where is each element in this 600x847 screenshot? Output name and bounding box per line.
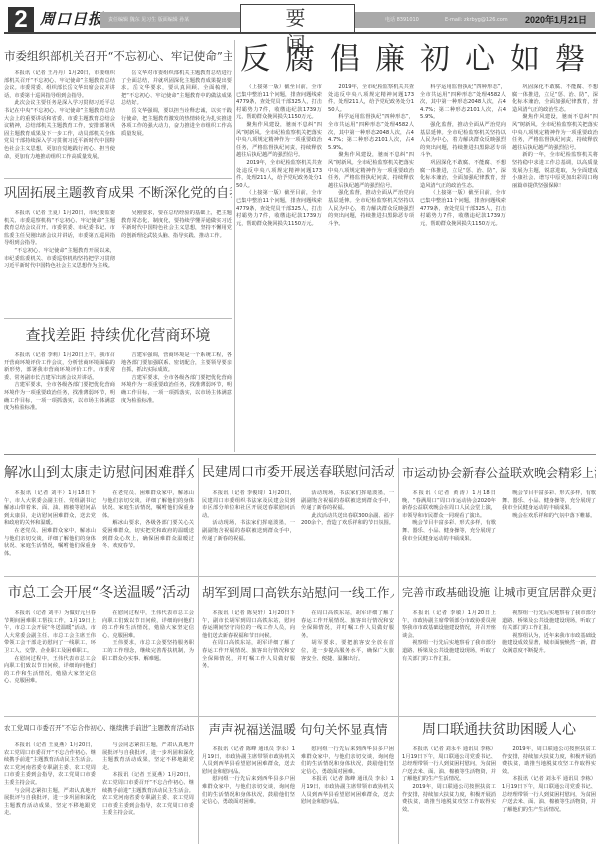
- email: E-mail: zkrbyg@126.com: [445, 12, 508, 28]
- article-unicom-poverty-relief: 周口联通扶贫助困暖人心 本报讯（记者 刘永平 通讯员 李栋）1月19日下午，周口…: [402, 720, 596, 844]
- paragraph: 本报讯（记者 王丹丹）1月20日，市委组织部机关召开“不忘初心、牢记使命”主题教…: [4, 70, 115, 100]
- paragraph: 视察组一行先后实地察看了我市部分道路、桥梁及公共设施建设现场，听取了有关部门的工…: [402, 640, 496, 663]
- paragraph: 巩固深化不敢腐、不能腐、不想腐一体推进，立足“惩、治、防”，深化标本兼治，全面加…: [420, 160, 506, 190]
- paragraph: 聚焦作风建设，驰而不息纠“四风”树新风。全市纪检监察机关把落实中央八项规定精神作…: [512, 114, 598, 152]
- paragraph: 强化监督，推动全面从严治党向基层延伸。全市纪检监察机关坚持以人民为中心，着力解决…: [328, 190, 414, 228]
- paragraph: 本报讯（记者 刘永平 通讯员 李栋）1月19日下午，周口联通公司党委书记、总经理…: [402, 746, 496, 784]
- column: 视察组一行先后实地察看了我市部分道路、桥梁及公共设施建设现场，听取了有关部门的工…: [502, 610, 596, 714]
- paragraph: 本报讯（记者 陈昊轩）1月20日下午，副市长胡军到周口高铁东站，慰问春运期间坚守…: [202, 610, 295, 640]
- feature-col-4: 巩固深化不敢腐、不能腐、不想腐一体推进，立足“惩、治、防”，深化标本兼治，全面加…: [512, 84, 598, 449]
- paragraph: 2019年，周口联通公司按照扶贫工作安排，持续加大扶贫力度，积极开展消费扶贫，助…: [402, 784, 496, 814]
- paragraph: 与会同志紧扣主题，严肃认真地开展批评与自我批评，进一步巩固和深化主题教育活动成果…: [4, 788, 96, 818]
- column: 本报讯（记者 李敏）1月20日上午，市政协副主席带领部分市政协委员视察我市市政基…: [402, 610, 496, 714]
- paragraph: 慰问组一行先后来到西华县多户困难群众家中，与他们亲切交谈，询问他们的生活情况和身…: [202, 776, 295, 806]
- headline: 民建周口市委开展送春联慰问活动: [202, 462, 394, 484]
- column: 活动现场，书法家们挥毫泼墨，一副副饱含祝福的春联被送到群众手中，传递了新春的祝福…: [301, 490, 394, 572]
- column-divider: [234, 40, 235, 452]
- article-self-revolution: 巩固拓展主题教育成果 不断深化党的自我革命 本报讯（记者 王夏）1月20日，市纪…: [4, 184, 232, 314]
- paragraph: 本报讯（记者 王夏燕）1月20日，农工党周口市委召开“不忘合作初心、继续携手前进…: [4, 742, 96, 788]
- paragraph: 此次会议主要任务是深入学习贯彻习近平总书记在中央“不忘初心、牢记使命”主题教育总…: [4, 100, 115, 161]
- column: 吴刚要求，要在总结经验的基础上，把主题教育常态化、制度化，要持续学懂弄通做实习近…: [121, 210, 232, 310]
- article-business-environment: 查找差距 持续优化营商环境 本报讯（记者 李莉）1月20日上午，我市召开营商环境…: [4, 324, 232, 450]
- paragraph: 本报讯（记者 陈峰 通讯员 李永）1月19日，市政协副主席带领市政协机关人员到西…: [202, 746, 295, 776]
- paragraph: 巩固深化不敢腐、不能腐、不想腐一体推进，立足“惩、治、防”，深化标本兼治，全面加…: [512, 84, 598, 114]
- paragraph: 活动现场，书法家们挥毫泼墨，一副副饱含祝福的春联被送到群众手中，传递了新春的祝福…: [301, 490, 394, 513]
- editor-credits: 责任编辑 魏东 见习生 版面编辑 孙某: [100, 12, 240, 28]
- column: 2019年，周口联通公司按照扶贫工作安排，持续加大扶贫力度，积极开展消费扶贫，助…: [502, 746, 596, 844]
- headline: 完善市政基础设施 让城市更宜居群众更满意: [402, 582, 596, 604]
- column: 慰问组一行先后来到西华县多户困难群众家中，与他们亲切交谈，询问他们的生活情况和身…: [301, 746, 394, 844]
- feature-headline: 反腐倡廉初心如磐: [240, 40, 600, 80]
- headline: 查找差距 持续优化营商环境: [4, 324, 232, 346]
- article-xie-bingshan: 解冰山到太康走访慰问困难群众 本报讯（记者 刘丰）1月18日下午，市人大常委会副…: [4, 462, 194, 572]
- paragraph: 晚会节目丰富多彩、形式多样，有歌舞、器乐、小品、健身操等，充分展现了我市全民健身…: [502, 490, 596, 513]
- paragraph: 视察组认为，近年来我市市政基础设施建设成效显著，城市面貌焕然一新，群众满意度不断…: [502, 633, 596, 656]
- issue-date: 2020年1月21日: [525, 12, 587, 28]
- column: 本报讯（记者 王夏燕）1月20日，农工党周口市委召开“不忘合作初心、继续携手前进…: [4, 742, 96, 844]
- article-minjian-couplets: 民建周口市委开展送春联慰问活动 本报讯（记者 李俊琦）1月20日，民建周口市委组…: [202, 462, 394, 572]
- paragraph: 在慰问过程中，王伟代表市总工会向职工们致以节日问候，详细询问他们的工作和生活情况…: [4, 656, 96, 686]
- article-municipal-infrastructure: 完善市政基础设施 让城市更宜居群众更满意 本报讯（记者 李敏）1月20日上午，市…: [402, 582, 596, 714]
- column: 本报讯（记者 黄涛）1月18日晚，“春满周口”周口市运动协会2020年新春公益联…: [402, 490, 496, 572]
- paragraph: 慰问组一行先后来到西华县多户困难群众家中，与他们亲切交谈，询问他们的生活情况和身…: [301, 746, 394, 776]
- divider: [4, 716, 596, 717]
- paragraph: 与会同志紧扣主题，严肃认真地开展批评与自我批评，进一步巩固和深化主题教育活动成果…: [102, 742, 194, 772]
- article-peasants-workers-party: 农工党周口市委召开“不忘合作初心、继续携手前进”主题教育活动民主生活会 本报讯（…: [4, 720, 194, 844]
- headline: 巩固拓展主题教育成果 不断深化党的自我革命: [4, 184, 232, 204]
- column: 本报讯（记者 李俊琦）1月20日，民建周口市委组织书法家及民建会员到市区部分单位…: [202, 490, 295, 572]
- paragraph: 岳文华对市委组织部机关主题教育总结进行了全面总结，并就巩固深化主题教育成果提出要…: [121, 70, 232, 108]
- paragraph: 视察组一行先后实地察看了我市部分道路、桥梁及公共设施建设现场，听取了有关部门的工…: [502, 610, 596, 633]
- paragraph: 此次活动共送出春联300余副、福字200余个，营造了欢乐祥和的节日氛围。: [301, 513, 394, 528]
- paragraph: 岳文华强调，要以担当诠释忠诚，以实干践行使命，把主题教育激发的热情转化为扎实推进…: [121, 108, 232, 138]
- paragraph: 本报讯（记者 刘永平 通讯员 李栋）1月19日下午，周口联通公司党委书记、总经理…: [502, 776, 596, 814]
- column: 在周口高铁东站，胡军详细了解了春运工作开展情况、旅客出行情况和安全保障情况，并叮…: [301, 610, 394, 714]
- section-title: 要闻: [240, 4, 355, 32]
- paragraph: （上接第一版）截至目前，全市已集中整治11个问题，排查问题线索4779条，查处党…: [236, 84, 322, 122]
- paragraph: 聚焦作风建设，驰而不息纠“四风”树新风。全市纪检监察机关把落实中央八项规定精神作…: [236, 122, 322, 160]
- paragraph: 吉建军要求，全市各级各部门要把优化营商环境作为一项重要政治任务，找准薄弱环节，明…: [121, 375, 232, 405]
- column: 吉建军强调，营商环境是一个系统工程，各地各部门要加强联系、密切配合，主要领导要亲…: [121, 352, 232, 450]
- headline: 声声祝福送温暖 句句关怀显真情: [202, 720, 394, 740]
- paragraph: 在老党员、困难群众家中，解冰山与他们亲切交谈，详细了解他们的身体状况、家庭生活情…: [4, 528, 96, 558]
- paragraph: （上接第一版）截至目前，全市已集中整治11个问题，排查问题线索4779条，查处党…: [236, 190, 322, 228]
- article-winter-warmth: 市总工会开展“冬送温暖”活动 本报讯（记者 刘丰）为做好元旦春节期间困难职工帮扶…: [4, 582, 194, 714]
- paragraph: 强化监督，推动全面从严治党向基层延伸。全市纪检监察机关坚持以人民为中心，着力解决…: [420, 122, 506, 160]
- paragraph: 本报讯（记者 陈峰 通讯员 李永）1月19日，市政协副主席带领市政协机关人员到西…: [301, 776, 394, 806]
- paragraph: 吉建军要求，全市各级各部门要把优化营商环境作为一项重要政治任务，找准薄弱环节，明…: [4, 382, 115, 412]
- paragraph: 王伟要求，市总工会要坚持服务职工的工作理念，继续完善帮扶机制，为职工群众办实事、…: [102, 640, 194, 663]
- column: 本报讯（记者 刘丰）为做好元旦春节期间困难职工帮扶工作，1月19日上午，市总工会…: [4, 610, 96, 714]
- headline: 农工党周口市委召开“不忘合作初心、继续携手前进”主题教育活动民主生活会: [4, 720, 194, 736]
- feature-col-3: 科学运用监督执纪“四种形态”，全市共运用“四种形态”处理4582人次，其中第一种…: [420, 84, 506, 449]
- page-number: 2: [8, 7, 34, 33]
- feature-article: （上接第一版）截至目前，全市已集中整治11个问题，排查问题线索4779条，查处党…: [236, 84, 598, 449]
- contact-date-bar: 电话 8391010 E-mail: zkrbyg@126.com 2020年1…: [355, 12, 595, 28]
- column: 晚会节目丰富多彩、形式多样，有歌舞、器乐、小品、健身操等，充分展现了我市全民健身…: [502, 490, 596, 572]
- paragraph: （上接第一版）截至目前，全市已集中整治11个问题，排查问题线索4779条，查处党…: [420, 190, 506, 228]
- feature-col-2: 2019年，全市纪检监察机关共查处违反中央八项规定精神问题173件，处理211人…: [328, 84, 414, 449]
- paragraph: 本报讯（记者 刘丰）为做好元旦春节期间困难职工帮扶工作，1月19日上午，市总工会…: [4, 610, 96, 656]
- feature-col-1: （上接第一版）截至目前，全市已集中整治11个问题，排查问题线索4779条，查处党…: [236, 84, 322, 449]
- divider: [4, 178, 232, 179]
- paragraph: 新的一年，全市纪检监察机关将坚持稳中求进工作总基调，以高质量发展为主题，锐意进取…: [512, 152, 598, 190]
- paragraph: 聚焦作风建设，驰而不息纠“四风”树新风。全市纪检监察机关把落实中央八项规定精神作…: [328, 152, 414, 190]
- headline: 市委组织部机关召开“不忘初心、牢记使命”主题教育总结会议: [4, 48, 232, 64]
- article-organization-dept: 市委组织部机关召开“不忘初心、牢记使命”主题教育总结会议 本报讯（记者 王丹丹）…: [4, 48, 232, 176]
- paragraph: 解冰山要求，各级各部门要关心关爱困难群众，切实把党和政府的温暖送到群众心坎上，确…: [102, 520, 194, 550]
- paragraph: 2019年，周口联通公司按照扶贫工作安排，持续加大扶贫力度，积极开展消费扶贫，助…: [502, 746, 596, 776]
- paragraph: 晚会在欢乐祥和的气氛中落下帷幕。: [502, 513, 596, 521]
- masthead-rule: [4, 32, 596, 34]
- article-hu-jun-railway: 胡军到周口高铁东站慰问一线工作人员 本报讯（记者 陈昊轩）1月20日下午，副市长…: [202, 582, 394, 714]
- paragraph: 本报讯（记者 刘丰）1月18日下午，市人大常委会副主任、党组副书记解冰山带着米、…: [4, 490, 96, 528]
- paragraph: 本报讯（记者 王夏）1月20日，市纪委监委机关、市委巡察机构“不忘初心、牢记使命…: [4, 210, 115, 248]
- article-sports-gala: 市运动协会新春公益联欢晚会精彩上演 本报讯（记者 黄涛）1月18日晚，“春满周口…: [402, 462, 596, 572]
- masthead: 2 周口日报 责任编辑 魏东 见习生 版面编辑 孙某 要闻 电话 8391010…: [0, 0, 600, 36]
- paragraph: 胡军要求，要把旅客安全放在首位，进一步提高服务水平，确保广大旅客安全、便捷、温馨…: [301, 640, 394, 663]
- column: 与会同志紧扣主题，严肃认真地开展批评与自我批评，进一步巩固和深化主题教育活动成果…: [102, 742, 194, 844]
- column: 岳文华对市委组织部机关主题教育总结进行了全面总结，并就巩固深化主题教育成果提出要…: [121, 70, 232, 176]
- paragraph: 本报讯（记者 李敏）1月20日上午，市政协副主席带领部分市政协委员视察我市市政基…: [402, 610, 496, 640]
- paragraph: 本报讯（记者 李俊琦）1月20日，民建周口市委组织书法家及民建会员到市区部分单位…: [202, 490, 295, 520]
- paragraph: 本报讯（记者 黄涛）1月18日晚，“春满周口”周口市运动协会2020年新春公益联…: [402, 490, 496, 520]
- paragraph: 在老党员、困难群众家中，解冰山与他们亲切交谈，详细了解他们的身体状况、家庭生活情…: [102, 490, 194, 520]
- column-divider: [198, 458, 199, 844]
- headline: 解冰山到太康走访慰问困难群众: [4, 462, 194, 484]
- paragraph: 2019年，全市纪检监察机关共查处违反中央八项规定精神问题173件，处理211人…: [236, 160, 322, 190]
- paragraph: 晚会节目丰富多彩、形式多样，有歌舞、器乐、小品、健身操等，充分展现了我市全民健身…: [402, 520, 496, 543]
- headline: 市运动协会新春公益联欢晚会精彩上演: [402, 462, 596, 484]
- paragraph: 吉建军强调，营商环境是一个系统工程，各地各部门要加强联系、密切配合，主要领导要亲…: [121, 352, 232, 375]
- paragraph: 在周口高铁东站，胡军详细了解了春运工作开展情况、旅客出行情况和安全保障情况，并叮…: [202, 640, 295, 670]
- paragraph: 本报讯（记者 王夏燕）1月20日，农工党周口市委召开“不忘合作初心、继续携手前进…: [102, 772, 194, 818]
- column: 本报讯（记者 李莉）1月20日上午，我市召开营商环境评价工作会议，分析营商环境面…: [4, 352, 115, 450]
- column: 本报讯（记者 陈昊轩）1月20日下午，副市长胡军到周口高铁东站，慰问春运期间坚守…: [202, 610, 295, 714]
- paragraph: 吴刚要求，要在总结经验的基础上，把主题教育常态化、制度化，要持续学懂弄通做实习近…: [121, 210, 232, 240]
- column: 在老党员、困难群众家中，解冰山与他们亲切交谈，详细了解他们的身体状况、家庭生活情…: [102, 490, 194, 572]
- paragraph: 活动现场，书法家们挥毫泼墨，一副副饱含祝福的春联被送到群众手中，传递了新春的祝福…: [202, 520, 295, 543]
- column: 本报讯（记者 王丹丹）1月20日，市委组织部机关召开“不忘初心、牢记使命”主题教…: [4, 70, 115, 176]
- paper-name-logo: 周口日报: [40, 9, 104, 29]
- paragraph: 科学运用监督执纪“四种形态”，全市共运用“四种形态”处理4582人次，其中第一种…: [328, 114, 414, 152]
- divider: [4, 576, 596, 577]
- headline: 胡军到周口高铁东站慰问一线工作人员: [202, 582, 394, 604]
- section-divider: [4, 454, 596, 455]
- column: 本报讯（记者 刘永平 通讯员 李栋）1月19日下午，周口联通公司党委书记、总经理…: [402, 746, 496, 844]
- column-divider: [398, 458, 399, 844]
- divider: [4, 318, 232, 319]
- paragraph: 本报讯（记者 李莉）1月20日上午，我市召开营商环境评价工作会议，分析营商环境面…: [4, 352, 115, 382]
- column: 本报讯（记者 刘丰）1月18日下午，市人大常委会副主任、党组副书记解冰山带着米、…: [4, 490, 96, 572]
- paragraph: “不忘初心、牢记使命”主题教育开展以来，市纪委监委机关、市委巡察机构坚持把学习贯…: [4, 248, 115, 271]
- paragraph: 2019年，全市纪检监察机关共查处违反中央八项规定精神问题173件，处理211人…: [328, 84, 414, 114]
- column: 在慰问过程中，王伟代表市总工会向职工们致以节日问候，详细询问他们的工作和生活情况…: [102, 610, 194, 714]
- column: 本报讯（记者 陈峰 通讯员 李永）1月19日，市政协副主席带领市政协机关人员到西…: [202, 746, 295, 844]
- paragraph: 在周口高铁东站，胡军详细了解了春运工作开展情况、旅客出行情况和安全保障情况，并叮…: [301, 610, 394, 640]
- paragraph: 科学运用监督执纪“四种形态”，全市共运用“四种形态”处理4582人次，其中第一种…: [420, 84, 506, 122]
- article-blessings-warmth: 声声祝福送温暖 句句关怀显真情 本报讯（记者 陈峰 通讯员 李永）1月19日，市…: [202, 720, 394, 844]
- phone: 电话 8391010: [385, 12, 419, 28]
- headline: 市总工会开展“冬送温暖”活动: [4, 582, 194, 604]
- column: 本报讯（记者 王夏）1月20日，市纪委监委机关、市委巡察机构“不忘初心、牢记使命…: [4, 210, 115, 310]
- headline: 周口联通扶贫助困暖人心: [402, 720, 596, 740]
- paragraph: 在慰问过程中，王伟代表市总工会向职工们致以节日问候，详细询问他们的工作和生活情况…: [102, 610, 194, 640]
